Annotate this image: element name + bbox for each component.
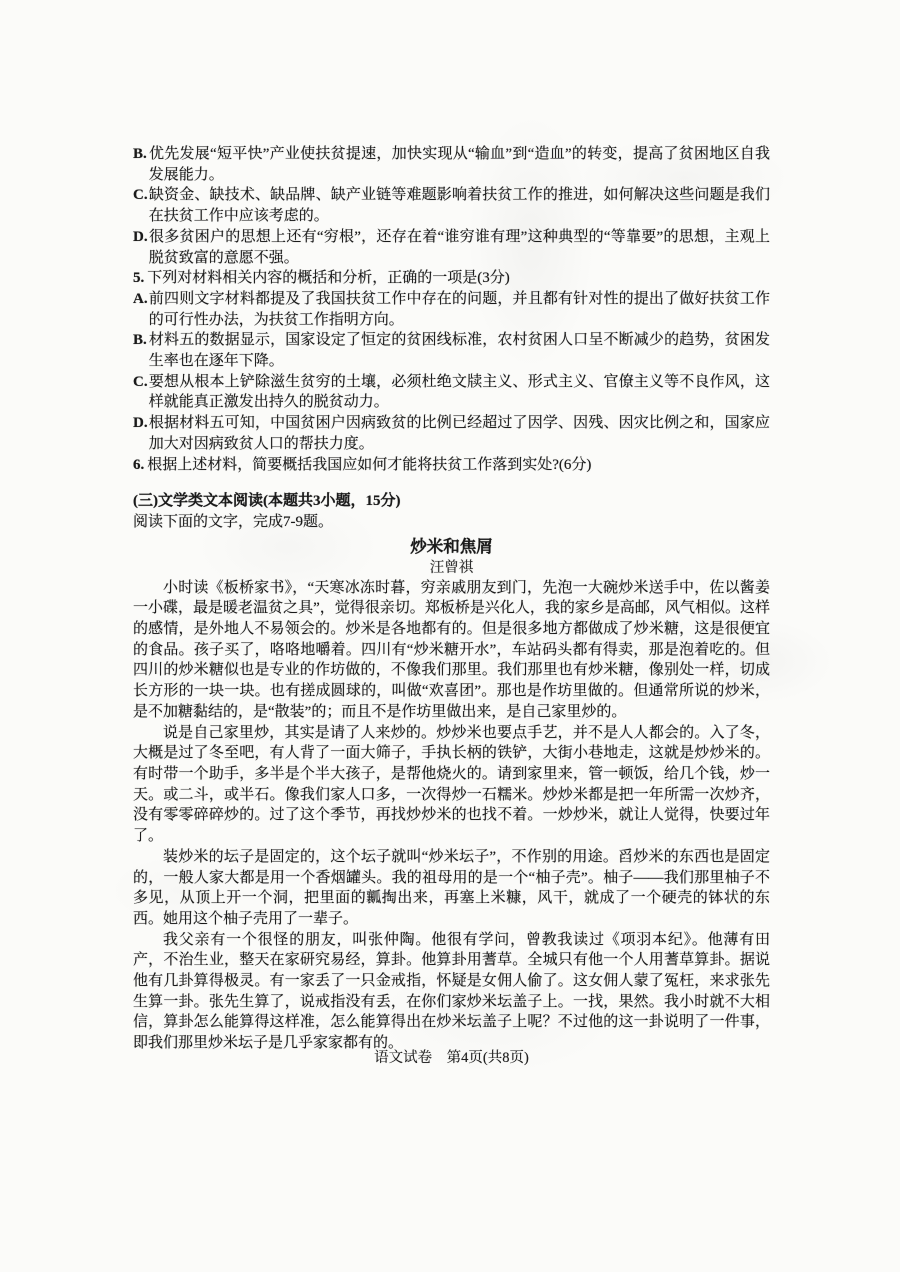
section-3-header: (三)文学类文本阅读(本题共3小题，15分) bbox=[133, 491, 770, 512]
question-6: 6.根据上述材料，简要概括我国应如何才能将扶贫工作落到实处?(6分) bbox=[133, 455, 770, 476]
essay-paragraph-2: 说是自己家里炒，其实是请了人来炒的。炒炒米也要点手艺，并不是人人都会的。入了冬，… bbox=[133, 723, 770, 847]
q5-option-text-c: 要想从根本上铲除滋生贫穷的土壤，必须杜绝文牍主义、形式主义、官僚主义等不良作风，… bbox=[149, 374, 770, 411]
essay-title: 炒米和焦屑 bbox=[133, 536, 770, 558]
essay-paragraph-4: 我父亲有一个很怪的朋友，叫张仲陶。他很有学问，曾教我读过《项羽本纪》。他薄有田产… bbox=[133, 930, 770, 1054]
q5-option-text-b: 材料五的数据显示，国家设定了恒定的贫困线标准，农村贫困人口呈不断减少的趋势，贫困… bbox=[149, 332, 770, 369]
section-3-instruction: 阅读下面的文字，完成7-9题。 bbox=[133, 512, 770, 533]
question-5-option-a: A.前四则文字材料都提及了我国扶贫工作中存在的问题，并且都有针对性的提出了做好扶… bbox=[133, 289, 770, 330]
question-5: 5.下列对材料相关内容的概括和分析，正确的一项是(3分) A.前四则文字材料都提… bbox=[133, 268, 770, 454]
q5-option-label-b: B. bbox=[133, 330, 149, 351]
essay-paragraph-3: 装炒米的坛子是固定的，这个坛子就叫“炒米坛子”，不作别的用途。舀炒米的东西也是固… bbox=[133, 847, 770, 930]
page-content: B.优先发展“短平快”产业使扶贫提速，加快实现从“输血”到“造血”的转变，提高了… bbox=[133, 144, 770, 1054]
question-5-stem: 5.下列对材料相关内容的概括和分析，正确的一项是(3分) bbox=[133, 268, 770, 289]
q5-option-label-d: D. bbox=[133, 413, 149, 434]
carryover-options-question4: B.优先发展“短平快”产业使扶贫提速，加快实现从“输血”到“造血”的转变，提高了… bbox=[133, 144, 770, 268]
page-footer-text: 语文试卷 第4页(共8页) bbox=[374, 1050, 529, 1066]
option-d: D.很多贫困户的思想上还有“穷根”，还存在着“谁穷谁有理”这种典型的“等靠要”的… bbox=[133, 227, 770, 268]
question-5-option-b: B.材料五的数据显示，国家设定了恒定的贫困线标准，农村贫困人口呈不断减少的趋势，… bbox=[133, 330, 770, 371]
option-label-d: D. bbox=[133, 227, 149, 248]
q5-option-label-a: A. bbox=[133, 289, 149, 310]
question-6-number: 6. bbox=[133, 455, 147, 476]
question-5-option-d: D.根据材料五可知，中国贫困户因病致贫的比例已经超过了因学、因残、因灾比例之和，… bbox=[133, 413, 770, 454]
question-6-text: 根据上述材料，简要概括我国应如何才能将扶贫工作落到实处?(6分) bbox=[147, 457, 591, 473]
section-3-literary-reading: (三)文学类文本阅读(本题共3小题，15分) 阅读下面的文字，完成7-9题。 炒… bbox=[133, 491, 770, 1054]
option-text-b: 优先发展“短平快”产业使扶贫提速，加快实现从“输血”到“造血”的转变，提高了贫困… bbox=[149, 146, 770, 183]
essay-paragraph-1: 小时读《板桥家书》，“天寒冰冻时暮，穷亲戚朋友到门，先泡一大碗炒米送手中，佐以酱… bbox=[133, 578, 770, 723]
option-label-c: C. bbox=[133, 185, 149, 206]
q5-option-label-c: C. bbox=[133, 372, 149, 393]
q5-option-text-d: 根据材料五可知，中国贫困户因病致贫的比例已经超过了因学、因残、因灾比例之和，国家… bbox=[149, 415, 770, 452]
option-c: C.缺资金、缺技术、缺品牌、缺产业链等难题影响着扶贫工作的推进，如何解决这些问题… bbox=[133, 185, 770, 226]
option-text-d: 很多贫困户的思想上还有“穷根”，还存在着“谁穷谁有理”这种典型的“等靠要”的思想… bbox=[149, 229, 770, 266]
option-text-c: 缺资金、缺技术、缺品牌、缺产业链等难题影响着扶贫工作的推进，如何解决这些问题是我… bbox=[149, 187, 770, 224]
q5-option-text-a: 前四则文字材料都提及了我国扶贫工作中存在的问题，并且都有针对性的提出了做好扶贫工… bbox=[149, 291, 770, 328]
scanned-exam-page: B.优先发展“短平快”产业使扶贫提速，加快实现从“输血”到“造血”的转变，提高了… bbox=[0, 0, 900, 1272]
option-label-b: B. bbox=[133, 144, 149, 165]
question-5-stem-text: 下列对材料相关内容的概括和分析，正确的一项是(3分) bbox=[147, 270, 510, 286]
option-b: B.优先发展“短平快”产业使扶贫提速，加快实现从“输血”到“造血”的转变，提高了… bbox=[133, 144, 770, 185]
question-5-option-c: C.要想从根本上铲除滋生贫穷的土壤，必须杜绝文牍主义、形式主义、官僚主义等不良作… bbox=[133, 372, 770, 413]
essay-author: 汪曾祺 bbox=[133, 558, 770, 578]
question-5-number: 5. bbox=[133, 268, 147, 289]
page-footer: 语文试卷 第4页(共8页) bbox=[133, 1046, 770, 1067]
